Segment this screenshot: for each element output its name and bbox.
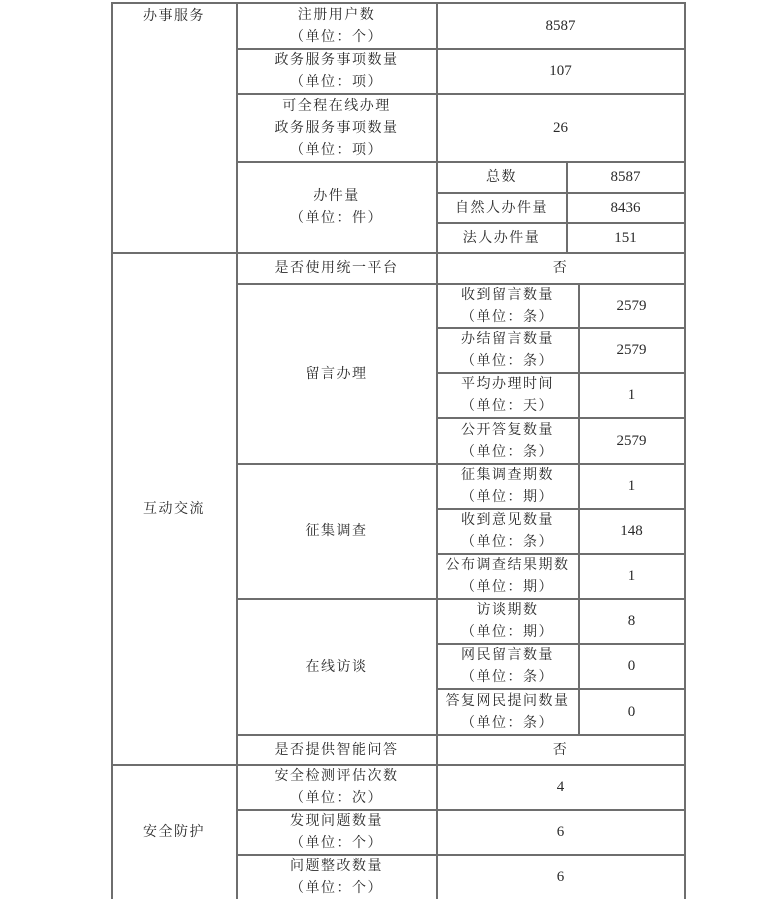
- row-label-online-items: 可全程在线办理 政务服务事项数量 （单位：项）: [237, 94, 436, 161]
- row-label-case-volume: 办件量 （单位：件）: [237, 162, 436, 252]
- sub-value-received-messages: 2579: [579, 284, 684, 327]
- sub-value-interview-periods: 8: [579, 599, 684, 643]
- value-security-checks: 4: [437, 765, 684, 809]
- sub-label-closed-messages: 办结留言数量 （单位：条）: [437, 328, 578, 372]
- sub-value-netizen-messages: 0: [579, 644, 684, 688]
- value-unified-platform: 否: [437, 253, 684, 283]
- sub-label-interview-periods: 访谈期数 （单位：期）: [437, 599, 578, 643]
- sub-label-legal-person: 法人办件量: [437, 223, 566, 252]
- sub-value-closed-messages: 2579: [579, 328, 684, 372]
- row-label-service-items: 政务服务事项数量 （单位：项）: [237, 49, 436, 93]
- value-online-items: 26: [437, 94, 684, 161]
- category-security: 安全防护: [112, 765, 236, 899]
- sub-label-natural-person: 自然人办件量: [437, 193, 566, 222]
- sub-value-avg-time: 1: [579, 373, 684, 417]
- row-label-online-interview: 在线访谈: [237, 599, 436, 734]
- sub-value-public-replies: 2579: [579, 418, 684, 463]
- value-service-items: 107: [437, 49, 684, 93]
- row-label-survey: 征集调查: [237, 464, 436, 598]
- row-label-unified-platform: 是否使用统一平台: [237, 253, 436, 283]
- row-label-issues-fixed: 问题整改数量 （单位：个）: [237, 855, 436, 899]
- row-label-message-handling: 留言办理: [237, 284, 436, 463]
- value-registered-users: 8587: [437, 3, 684, 48]
- sub-value-total: 8587: [567, 162, 684, 192]
- row-label-security-checks: 安全检测评估次数 （单位：次）: [237, 765, 436, 809]
- sub-value-legal-person: 151: [567, 223, 684, 252]
- sub-label-netizen-messages: 网民留言数量 （单位：条）: [437, 644, 578, 688]
- sub-value-replies-to-questions: 0: [579, 689, 684, 734]
- category-service: 办事服务: [112, 3, 236, 252]
- row-label-smart-qa: 是否提供智能问答: [237, 735, 436, 764]
- sub-value-natural-person: 8436: [567, 193, 684, 222]
- sub-label-received-messages: 收到留言数量 （单位：条）: [437, 284, 578, 327]
- sub-label-avg-time: 平均办理时间 （单位：天）: [437, 373, 578, 417]
- row-label-issues-found: 发现问题数量 （单位：个）: [237, 810, 436, 854]
- sub-label-survey-periods: 征集调查期数 （单位：期）: [437, 464, 578, 508]
- sub-label-total: 总数: [437, 162, 566, 192]
- sub-value-survey-periods: 1: [579, 464, 684, 508]
- sub-label-replies-to-questions: 答复网民提问数量 （单位：条）: [437, 689, 578, 734]
- value-smart-qa: 否: [437, 735, 684, 764]
- sub-label-public-replies: 公开答复数量 （单位：条）: [437, 418, 578, 463]
- sub-value-results-published: 1: [579, 554, 684, 598]
- sub-label-opinions-received: 收到意见数量 （单位：条）: [437, 509, 578, 553]
- statistics-table: 办事服务 注册用户数 （单位：个） 8587 政务服务事项数量 （单位：项） 1…: [0, 0, 780, 899]
- sub-label-results-published: 公布调查结果期数 （单位：期）: [437, 554, 578, 598]
- value-issues-found: 6: [437, 810, 684, 854]
- category-interaction: 互动交流: [112, 253, 236, 764]
- sub-value-opinions-received: 148: [579, 509, 684, 553]
- value-issues-fixed: 6: [437, 855, 684, 899]
- row-label-registered-users: 注册用户数 （单位：个）: [237, 3, 436, 48]
